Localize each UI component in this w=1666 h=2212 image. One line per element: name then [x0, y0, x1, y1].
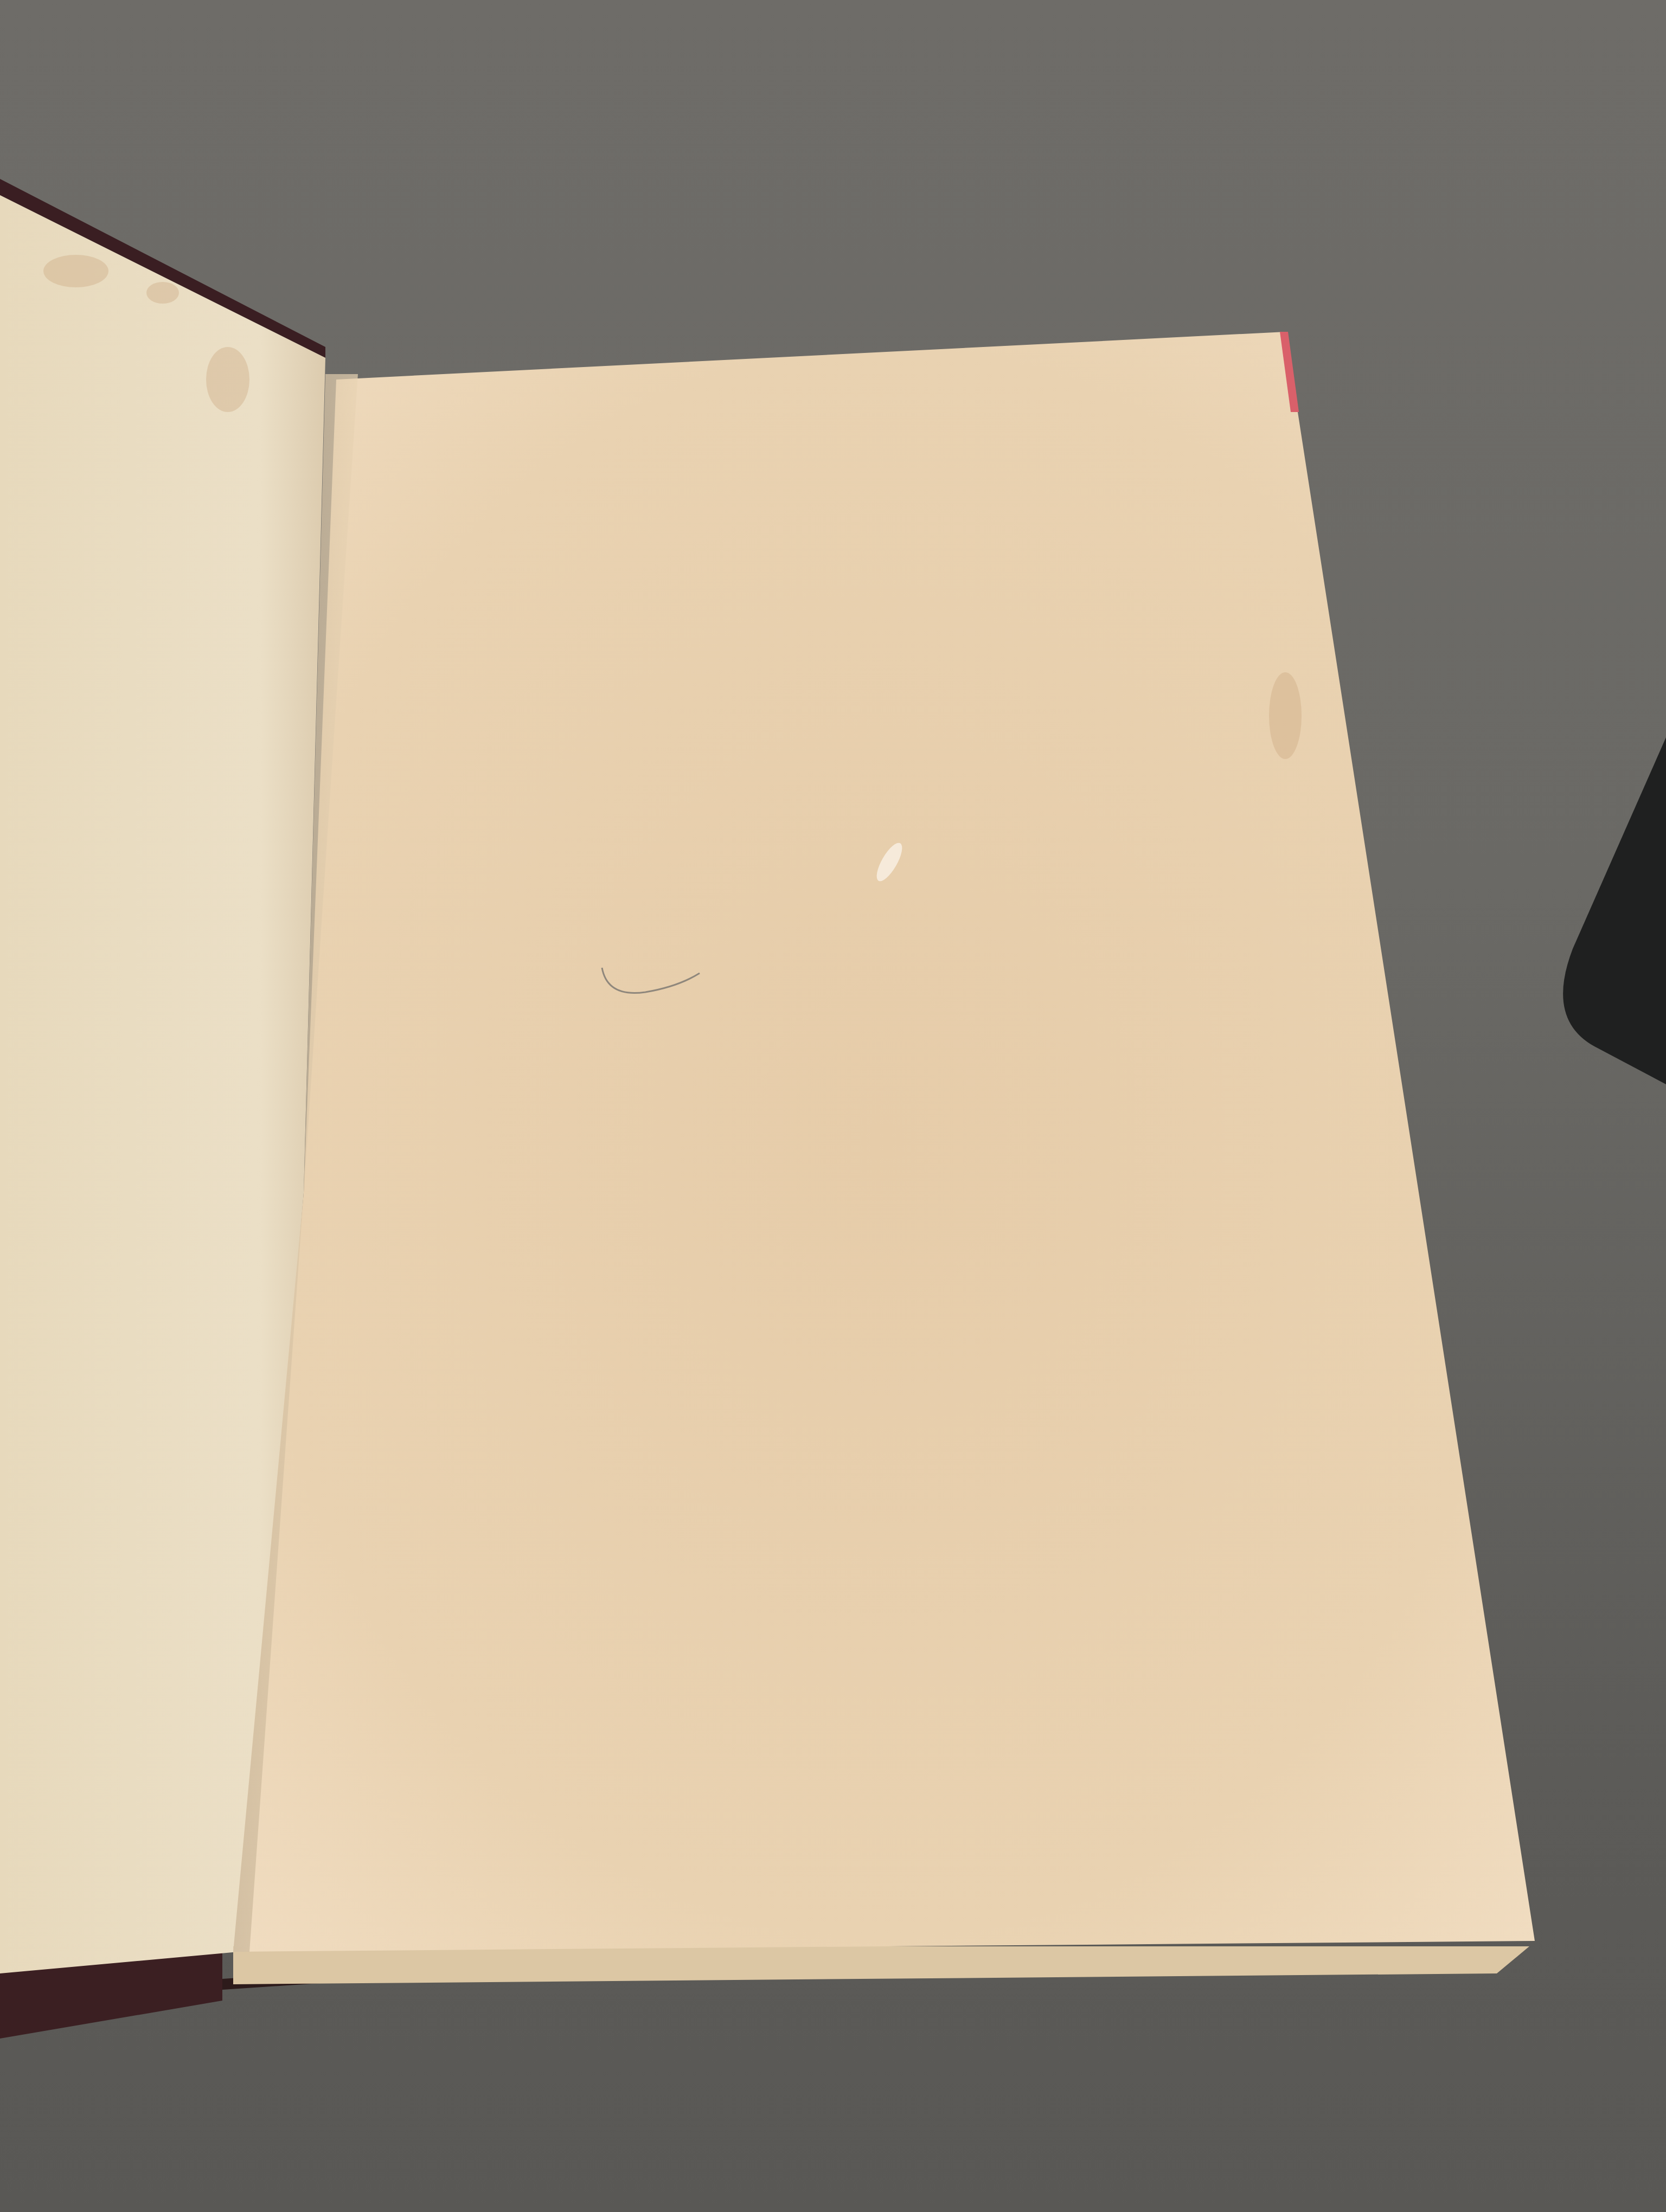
photo-scene: [0, 0, 1666, 2212]
right-page: [233, 332, 1535, 1952]
phone: [1563, 737, 1666, 1084]
book-illustration: [0, 0, 1666, 2212]
